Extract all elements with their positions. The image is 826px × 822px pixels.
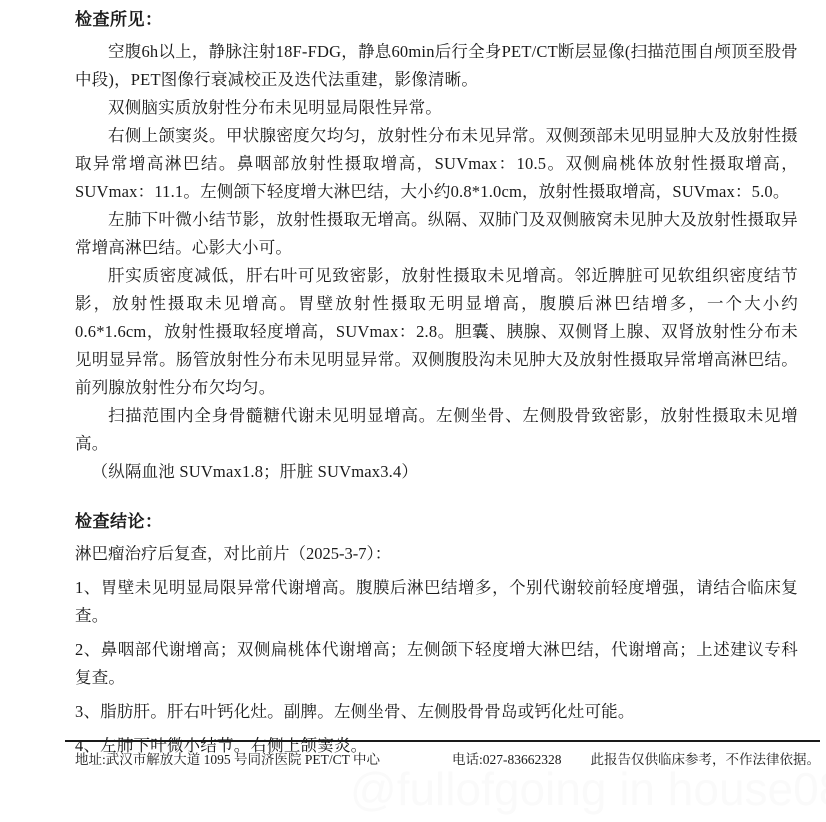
conclusion-heading: 检查结论： [75, 510, 798, 534]
findings-paragraph: 肝实质密度减低，肝右叶可见致密影，放射性摄取未见增高。邻近脾脏可见软组织密度结节… [75, 262, 798, 402]
report-content: 检查所见： 空腹6h以上，静脉注射18F-FDG，静息60min后行全身PET/… [75, 8, 798, 760]
conclusion-section: 检查结论： 淋巴瘤治疗后复查，对比前片（2025-3-7）： 1、胃壁未见明显局… [75, 510, 798, 760]
footer-phone: 电话:027-83662328 [452, 751, 562, 769]
findings-section: 检查所见： 空腹6h以上，静脉注射18F-FDG，静息60min后行全身PET/… [75, 8, 798, 486]
conclusion-intro: 淋巴瘤治疗后复查，对比前片（2025-3-7）： [75, 540, 798, 568]
findings-paragraph: 扫描范围内全身骨髓糖代谢未见明显增高。左侧坐骨、左侧股骨致密影，放射性摄取未见增… [75, 402, 798, 458]
pet-ct-report-page: @fullofgoing in house086 检查所见： 空腹6h以上，静脉… [0, 0, 826, 822]
footer-disclaimer: 此报告仅供临床参考，不作法律依据。 [562, 751, 820, 769]
findings-paragraph: 空腹6h以上，静脉注射18F-FDG，静息60min后行全身PET/CT断层显像… [75, 38, 798, 94]
findings-paragraph: 双侧脑实质放射性分布未见明显局限性异常。 [75, 94, 798, 122]
report-footer: 地址:武汉市解放大道 1095 号同济医院 PET/CT 中心 电话:027-8… [65, 740, 820, 769]
footer-row: 地址:武汉市解放大道 1095 号同济医院 PET/CT 中心 电话:027-8… [65, 751, 820, 769]
findings-paragraph: 左肺下叶微小结节影，放射性摄取无增高。纵隔、双肺门及双侧腋窝未见肿大及放射性摄取… [75, 206, 798, 262]
conclusion-item: 3、脂肪肝。肝右叶钙化灶。副脾。左侧坐骨、左侧股骨骨岛或钙化灶可能。 [75, 698, 798, 726]
conclusion-item: 1、胃壁未见明显局限异常代谢增高。腹膜后淋巴结增多，个别代谢较前轻度增强，请结合… [75, 574, 798, 630]
conclusion-item: 2、鼻咽部代谢增高；双侧扁桃体代谢增高；左侧颌下轻度增大淋巴结，代谢增高；上述建… [75, 636, 798, 692]
footer-address: 地址:武汉市解放大道 1095 号同济医院 PET/CT 中心 [75, 751, 380, 769]
findings-body: 空腹6h以上，静脉注射18F-FDG，静息60min后行全身PET/CT断层显像… [75, 38, 798, 486]
findings-suv-reference-note: （纵隔血池 SUVmax1.8；肝脏 SUVmax3.4） [75, 458, 798, 486]
findings-heading: 检查所见： [75, 8, 798, 32]
watermark-text: @fullofgoing in house086 [350, 762, 826, 816]
findings-paragraph: 右侧上颌窦炎。甲状腺密度欠均匀，放射性分布未见异常。双侧颈部未见明显肿大及放射性… [75, 122, 798, 206]
